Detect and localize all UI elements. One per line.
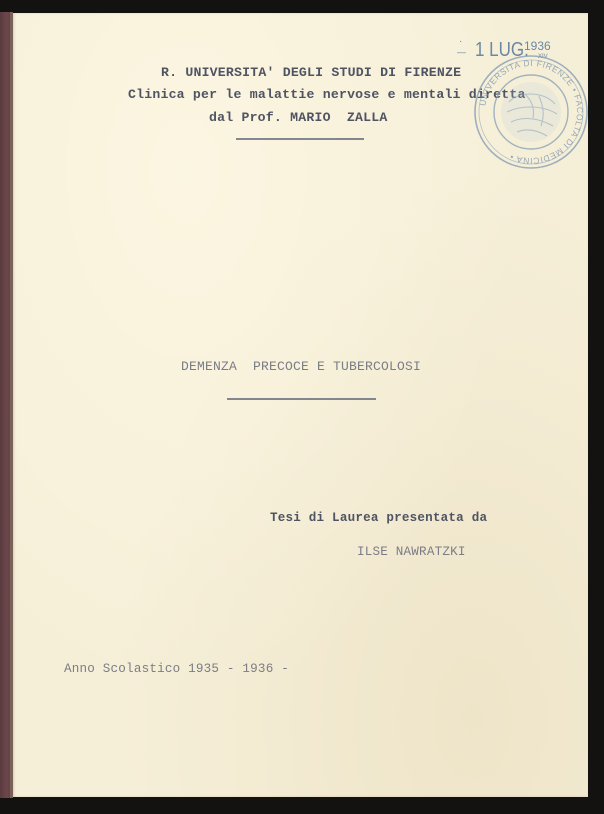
header-underline: [236, 138, 364, 140]
university-seal-icon: UNIVERSITA DI FIRENZE • FACOLTA DI MEDIC…: [473, 54, 589, 170]
scanned-page: R. UNIVERSITA' DEGLI STUDI DI FIRENZE Cl…: [0, 0, 604, 814]
header-university: R. UNIVERSITA' DEGLI STUDI DI FIRENZE: [161, 66, 461, 79]
thesis-title: DEMENZA PRECOCE E TUBERCOLOSI: [181, 360, 421, 373]
author-name: ILSE NAWRATZKI: [357, 546, 466, 559]
presentation-line: Tesi di Laurea presentata da: [270, 512, 487, 525]
academic-year: Anno Scolastico 1935 - 1936 -: [64, 663, 289, 676]
stamp-date-year: 1936: [524, 40, 551, 52]
title-underline: [227, 398, 376, 400]
header-professor: dal Prof. MARIO ZALLA: [209, 111, 388, 124]
header-clinic: Clinica per le malattie nervose e mental…: [128, 88, 526, 101]
stamp-dash: —: [457, 48, 466, 57]
stamp-date-prefix: ·: [459, 37, 462, 47]
